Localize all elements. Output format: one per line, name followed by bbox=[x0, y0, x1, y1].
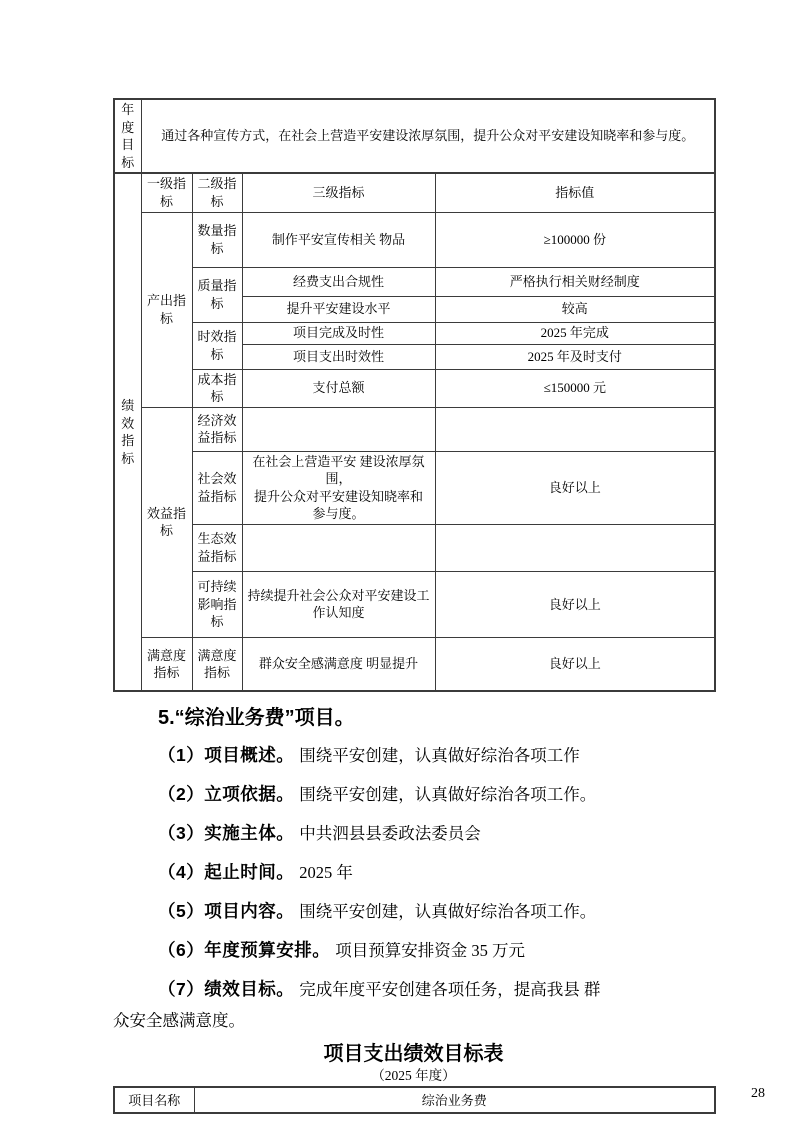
project-name-label: 项目名称 bbox=[114, 1087, 194, 1113]
list-item-7: （7）绩效目标。完成年度平安创建各项任务，提高我县 群 众安全感满意度。 bbox=[113, 974, 714, 1036]
level1-benefit-label: 效益指标 bbox=[141, 407, 192, 637]
item-label: （6）年度预算安排。 bbox=[158, 940, 330, 960]
item-label: （7）绩效目标。 bbox=[158, 979, 294, 999]
level2-ecological-benefit-label: 生态效益指标 bbox=[192, 524, 242, 571]
level3-indicator-cell: 经费支出合规性 bbox=[242, 267, 435, 296]
table-row: 成本指标 支付总额 ≤150000 元 bbox=[114, 369, 715, 407]
item-text: 围绕平安创建，认真做好综治各项工作 bbox=[299, 746, 580, 765]
indicator-value-cell: 较高 bbox=[435, 296, 715, 322]
indicator-value-cell: ≤150000 元 bbox=[435, 369, 715, 407]
indicator-value-cell: ≥100000 份 bbox=[435, 212, 715, 267]
table-row: 质量指标 经费支出合规性 严格执行相关财经制度 bbox=[114, 267, 715, 296]
table-row: 效益指标 经济效益指标 bbox=[114, 407, 715, 451]
level1-satisfaction-label: 满意度指标 bbox=[141, 637, 192, 691]
item-label: （1）项目概述。 bbox=[158, 745, 294, 765]
level3-indicator-cell: 项目完成及时性 bbox=[242, 322, 435, 344]
section5-heading: 5.“综治业务费”项目。 bbox=[113, 704, 714, 732]
table-row: 时效指标 项目完成及时性 2025 年完成 bbox=[114, 322, 715, 344]
item-label: （2）立项依据。 bbox=[158, 784, 294, 804]
project-name-value: 综治业务费 bbox=[194, 1087, 715, 1113]
indicator-value-cell: 2025 年及时支付 bbox=[435, 344, 715, 369]
level2-sustainable-impact-label: 可持续影响指标 bbox=[192, 571, 242, 637]
page-content: 年度目标 通过各种宣传方式，在社会上营造平安建设浓厚氛围，提升公众对平安建设知晓… bbox=[113, 98, 714, 1114]
level2-social-benefit-label: 社会效益指标 bbox=[192, 451, 242, 524]
indicator-value-cell: 良好以上 bbox=[435, 637, 715, 691]
document-page: { "colors": {"background": "#ffffff", "t… bbox=[0, 0, 794, 1122]
project-target-table: 项目名称 综治业务费 bbox=[113, 1086, 716, 1114]
table-row: 可持续影响指标 持续提升社会公众对平安建设工 作认知度 良好以上 bbox=[114, 571, 715, 637]
indicator-value-cell bbox=[435, 407, 715, 451]
indicator-value-cell: 严格执行相关财经制度 bbox=[435, 267, 715, 296]
list-item-4: （4）起止时间。2025 年 bbox=[113, 857, 714, 888]
list-item-3: （3）实施主体。中共泗县县委政法委员会 bbox=[113, 818, 714, 849]
level2-satisfaction-label: 满意度指标 bbox=[192, 637, 242, 691]
level3-indicator-cell: 提升平安建设水平 bbox=[242, 296, 435, 322]
column-header-value: 指标值 bbox=[435, 173, 715, 212]
list-item-2: （2）立项依据。围绕平安创建，认真做好综治各项工作。 bbox=[113, 779, 714, 810]
indicator-value-cell: 良好以上 bbox=[435, 451, 715, 524]
level2-cost-label: 成本指标 bbox=[192, 369, 242, 407]
indicator-value-cell: 2025 年完成 bbox=[435, 322, 715, 344]
table-row: 年度目标 通过各种宣传方式，在社会上营造平安建设浓厚氛围，提升公众对平安建设知晓… bbox=[114, 99, 715, 173]
level2-quantity-label: 数量指标 bbox=[192, 212, 242, 267]
annual-goal-label: 年度目标 bbox=[114, 99, 141, 173]
list-item-5: （5）项目内容。围绕平安创建，认真做好综治各项工作。 bbox=[113, 896, 714, 927]
indicator-value-cell bbox=[435, 524, 715, 571]
level3-indicator-cell bbox=[242, 407, 435, 451]
level3-indicator-cell: 支付总额 bbox=[242, 369, 435, 407]
column-header-level2: 二级指标 bbox=[192, 173, 242, 212]
item-text: 项目预算安排资金 35 万元 bbox=[335, 941, 525, 960]
level3-indicator-cell: 项目支出时效性 bbox=[242, 344, 435, 369]
level1-output-label: 产出指标 bbox=[141, 212, 192, 407]
column-header-level3: 三级指标 bbox=[242, 173, 435, 212]
item-text: 中共泗县县委政法委员会 bbox=[299, 824, 481, 843]
item-text: 围绕平安创建，认真做好综治各项工作。 bbox=[299, 785, 596, 804]
item-text: 围绕平安创建，认真做好综治各项工作。 bbox=[299, 902, 596, 921]
level3-indicator-cell: 持续提升社会公众对平安建设工 作认知度 bbox=[242, 571, 435, 637]
level3-indicator-cell: 制作平安宣传相关 物品 bbox=[242, 212, 435, 267]
column-header-level1: 一级指标 bbox=[141, 173, 192, 212]
page-number: 28 bbox=[751, 1086, 765, 1102]
item-label: （3）实施主体。 bbox=[158, 823, 294, 843]
level2-quality-label: 质量指标 bbox=[192, 267, 242, 322]
level3-indicator-cell bbox=[242, 524, 435, 571]
level2-economic-benefit-label: 经济效益指标 bbox=[192, 407, 242, 451]
annual-goal-text: 通过各种宣传方式，在社会上营造平安建设浓厚氛围，提升公众对平安建设知晓率和参与度… bbox=[141, 99, 715, 173]
target-table-title: 项目支出绩效目标表 bbox=[113, 1040, 714, 1068]
item-label: （5）项目内容。 bbox=[158, 901, 294, 921]
level3-indicator-cell: 在社会上营造平安 建设浓厚氛围， 提升公众对平安建设知晓率和 参与度。 bbox=[242, 451, 435, 524]
list-item-1: （1）项目概述。围绕平安创建，认真做好综治各项工作 bbox=[113, 740, 714, 771]
indicator-value-cell: 良好以上 bbox=[435, 571, 715, 637]
table-row: 满意度指标 满意度指标 群众安全感满意度 明显提升 良好以上 bbox=[114, 637, 715, 691]
item-text-wrapped: 众安全感满意度。 bbox=[113, 1011, 245, 1030]
item-text: 完成年度平安创建各项任务，提高我县 群 bbox=[299, 980, 600, 999]
table-header-row: 绩效指标 一级指标 二级指标 三级指标 指标值 bbox=[114, 173, 715, 212]
target-table-subtitle: （2025 年度） bbox=[113, 1068, 714, 1084]
indicator-table: 年度目标 通过各种宣传方式，在社会上营造平安建设浓厚氛围，提升公众对平安建设知晓… bbox=[113, 98, 716, 692]
list-item-6: （6）年度预算安排。项目预算安排资金 35 万元 bbox=[113, 935, 714, 966]
level2-timeliness-label: 时效指标 bbox=[192, 322, 242, 369]
table-row: 项目名称 综治业务费 bbox=[114, 1087, 715, 1113]
table-row: 产出指标 数量指标 制作平安宣传相关 物品 ≥100000 份 bbox=[114, 212, 715, 267]
item-label: （4）起止时间。 bbox=[158, 862, 294, 882]
table-row: 生态效益指标 bbox=[114, 524, 715, 571]
performance-indicator-label: 绩效指标 bbox=[114, 173, 141, 691]
item-text: 2025 年 bbox=[299, 863, 353, 882]
table-row: 社会效益指标 在社会上营造平安 建设浓厚氛围， 提升公众对平安建设知晓率和 参与… bbox=[114, 451, 715, 524]
level3-indicator-cell: 群众安全感满意度 明显提升 bbox=[242, 637, 435, 691]
